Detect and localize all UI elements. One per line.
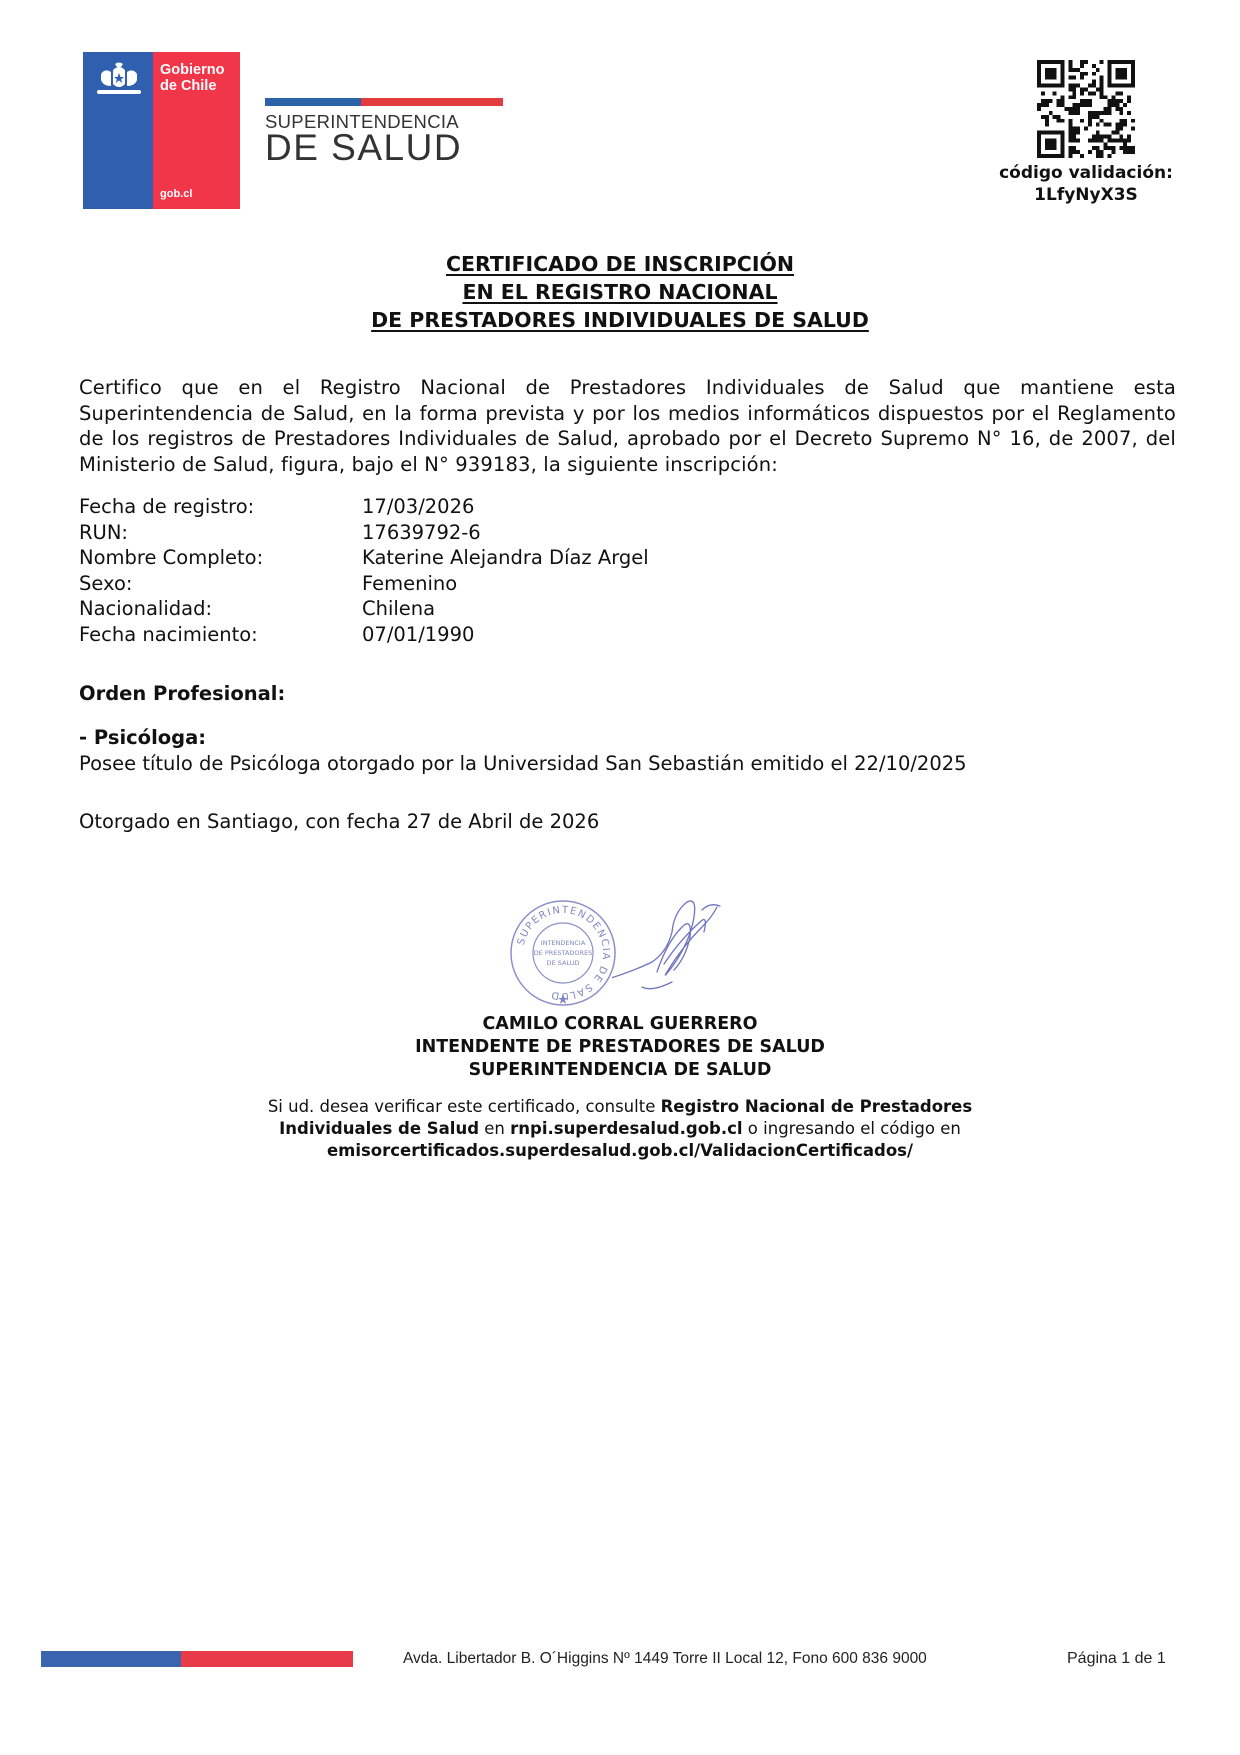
logo-line-2: de Chile: [160, 78, 224, 94]
validation-code: 1LfyNyX3S: [975, 184, 1197, 206]
signer-name: CAMILO CORRAL GUERRERO: [0, 1013, 1240, 1036]
validation-code-block: código validación: 1LfyNyX3S: [975, 162, 1197, 206]
signer-agency: SUPERINTENDENCIA DE SALUD: [0, 1059, 1240, 1082]
signature-icon: [612, 892, 732, 1002]
field-value: 17639792-6: [362, 520, 481, 546]
qr-code-icon: [1037, 60, 1135, 158]
gobierno-de-chile-logo: Gobierno de Chile gob.cl: [83, 52, 240, 209]
field-value: Chilena: [362, 596, 435, 622]
field-label: Fecha nacimiento:: [79, 622, 362, 648]
title-line-1: CERTIFICADO DE INSCRIPCIÓN: [0, 250, 1240, 278]
logo-red-panel: Gobierno de Chile gob.cl: [153, 52, 240, 209]
field-row: RUN:17639792-6: [79, 520, 649, 546]
field-label: Nacionalidad:: [79, 596, 362, 622]
field-label: Sexo:: [79, 571, 362, 597]
professional-order-heading: Orden Profesional:: [79, 682, 285, 705]
field-row: Fecha nacimiento:07/01/1990: [79, 622, 649, 648]
verify-text: Si ud. desea verificar este certificado,…: [268, 1097, 661, 1116]
signer-block: CAMILO CORRAL GUERRERO INTENDENTE DE PRE…: [0, 1013, 1240, 1082]
validation-label: código validación:: [975, 162, 1197, 184]
certificate-title: CERTIFICADO DE INSCRIPCIÓN EN EL REGISTR…: [0, 250, 1240, 334]
field-row: Nombre Completo:Katerine Alejandra Díaz …: [79, 545, 649, 571]
profession-title: - Psicóloga:: [79, 726, 206, 749]
field-row: Sexo:Femenino: [79, 571, 649, 597]
svg-text:DE PRESTADORES: DE PRESTADORES: [534, 949, 593, 957]
field-value: Katerine Alejandra Díaz Argel: [362, 545, 649, 571]
title-line-2: EN EL REGISTRO NACIONAL: [0, 278, 1240, 306]
field-label: Nombre Completo:: [79, 545, 362, 571]
registration-details: Fecha de registro:17/03/2026 RUN:1763979…: [79, 494, 649, 647]
coat-of-arms-icon: [93, 62, 145, 100]
logo-color-bar: [265, 98, 503, 106]
logo-title: Gobierno de Chile: [160, 62, 224, 94]
logo-line-1: Gobierno: [160, 62, 224, 78]
superintendencia-de-salud-logo: SUPERINTENDENCIA DE SALUD: [265, 98, 503, 165]
granted-statement: Otorgado en Santiago, con fecha 27 de Ab…: [79, 810, 599, 833]
svg-text:DE SALUD: DE SALUD: [547, 959, 580, 967]
verify-text: en: [479, 1119, 510, 1138]
field-value: 17/03/2026: [362, 494, 474, 520]
agency-logo-line-2: DE SALUD: [265, 131, 503, 165]
verify-text: o ingresando el código en: [743, 1119, 961, 1138]
field-label: RUN:: [79, 520, 362, 546]
official-stamp-icon: SUPERINTENDENCIA DE SALUD INTENDENCIA DE…: [508, 898, 618, 1008]
field-row: Nacionalidad:Chilena: [79, 596, 649, 622]
title-line-3: DE PRESTADORES INDIVIDUALES DE SALUD: [0, 306, 1240, 334]
svg-text:INTENDENCIA: INTENDENCIA: [541, 939, 586, 947]
logo-blue-panel: [83, 52, 153, 209]
verification-note: Si ud. desea verificar este certificado,…: [240, 1096, 1000, 1162]
signer-role: INTENDENTE DE PRESTADORES DE SALUD: [0, 1036, 1240, 1059]
validation-link[interactable]: emisorcertificados.superdesalud.gob.cl/V…: [327, 1141, 913, 1160]
field-label: Fecha de registro:: [79, 494, 362, 520]
profession-description: Posee título de Psicóloga otorgado por l…: [79, 752, 967, 775]
intro-paragraph: Certifico que en el Registro Nacional de…: [79, 375, 1176, 477]
logo-site: gob.cl: [160, 188, 192, 200]
field-value: Femenino: [362, 571, 457, 597]
footer-color-bar: [41, 1651, 353, 1667]
footer-address: Avda. Libertador B. O´Higgins Nº 1449 To…: [403, 1650, 927, 1668]
field-value: 07/01/1990: [362, 622, 474, 648]
field-row: Fecha de registro:17/03/2026: [79, 494, 649, 520]
rnpi-link[interactable]: rnpi.superdesalud.gob.cl: [510, 1119, 742, 1138]
page-number: Página 1 de 1: [1067, 1650, 1166, 1668]
